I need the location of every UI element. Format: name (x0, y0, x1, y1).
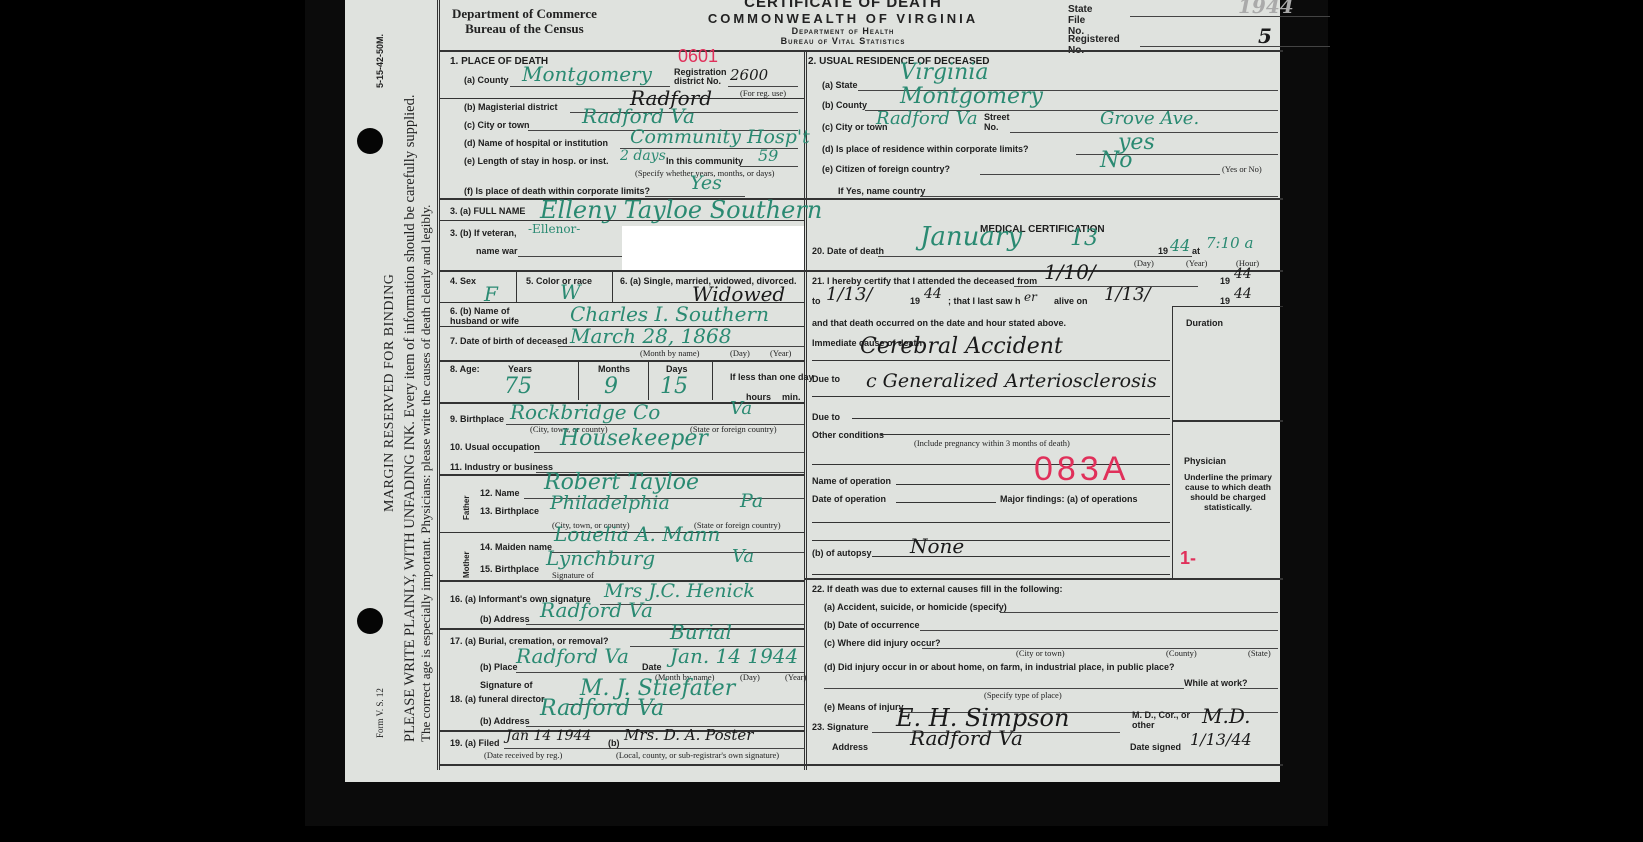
res-limits-label: (d) Is place of residence within corpora… (822, 144, 1029, 154)
spouse-label: 6. (b) Name of husband or wife (450, 306, 540, 326)
autopsy-value: None (910, 534, 964, 558)
department-title: Department of Health (678, 26, 1008, 36)
mother-tag: Mother (462, 551, 471, 578)
city-label: (c) City or town (464, 120, 530, 130)
mother-bp-label: 15. Birthplace (480, 564, 539, 574)
external-heading: 22. If death was due to external causes … (812, 584, 1063, 594)
burial-place-label: (b) Place (480, 662, 518, 672)
external-c-label: (c) Where did injury occur? (824, 638, 941, 648)
instruction-line-1: PLEASE WRITE PLAINLY, WITH UNFADING INK.… (402, 95, 419, 742)
instruction-line-2: The correct age is especially important.… (418, 205, 434, 742)
birthplace-city: Rockbridge Co (510, 400, 660, 424)
burial-date-label: Date (642, 662, 662, 672)
operation-label: Name of operation (812, 476, 891, 486)
registered-value: 5 (1258, 24, 1272, 48)
physician-title: M.D. (1202, 704, 1251, 728)
due-to-cause-1: c Generalized Arteriosclerosis (866, 370, 1157, 392)
alive-year-prefix: 19 (1220, 296, 1230, 306)
father-tag: Father (462, 496, 471, 520)
burial-day-hint: (Day) (740, 672, 760, 682)
physician-address: Radford Va (910, 726, 1023, 750)
binding-note: MARGIN RESERVED FOR BINDING (382, 274, 398, 512)
filed-hint: (Date received by reg.) (484, 750, 562, 760)
magisterial-label: (b) Magisterial district (464, 102, 558, 112)
dept-line: Department of Commerce (452, 6, 597, 21)
redaction-box (622, 226, 804, 270)
external-d-label: (d) Did injury occur in or about home, o… (824, 662, 1175, 672)
dob-day-hint: (Day) (730, 348, 750, 358)
mother-bp-state: Va (732, 546, 754, 567)
min-label: min. (782, 392, 801, 402)
funeral-addr-label: (b) Address (480, 716, 530, 726)
veteran-label: 3. (b) If veteran, (450, 228, 517, 238)
attended-from-year: 44 (1234, 266, 1252, 282)
date-signed-label: Date signed (1130, 742, 1181, 752)
informant-address: Radford Va (540, 598, 653, 622)
filed-date: Jan 14 1944 (506, 728, 591, 744)
to-year-prefix: 19 (910, 296, 920, 306)
sex-label: 4. Sex (450, 276, 476, 286)
attended-from: 1/10/ (1044, 260, 1096, 284)
res-state: Virginia (900, 60, 989, 85)
stay-label: (e) Length of stay in hosp. or inst. (464, 156, 609, 166)
findings-label: Major findings: (a) of operations (1000, 494, 1138, 504)
burial-year-hint: (Year) (785, 672, 806, 682)
state-title: COMMONWEALTH OF VIRGINIA (678, 11, 1008, 26)
less-day-label: If less than one day (730, 372, 814, 382)
form-body: Department of Commerce Bureau of the Cen… (437, 0, 1283, 770)
corporate-label: (f) Is place of death within corporate l… (464, 186, 650, 196)
occupation-value: Housekeeper (560, 426, 708, 451)
father-bp-city: Philadelphia (550, 492, 670, 514)
dod-year-prefix: 19 (1158, 246, 1168, 256)
place-hint: (Specify type of place) (984, 690, 1062, 700)
months-label: Months (598, 364, 630, 374)
last-saw-label: ; that I last saw h (948, 296, 1021, 306)
reg-district-label: Registration district No. (674, 68, 734, 86)
dod-time: 7:10 a (1206, 234, 1253, 252)
country-label: If Yes, name country (838, 186, 925, 196)
external-a-label: (a) Accident, suicide, or homicide (spec… (824, 602, 1007, 612)
registrar-label: (b) (608, 738, 620, 748)
dod-day: 13 (1070, 226, 1098, 251)
district-stamp: 0601 (678, 46, 718, 67)
bureau-line: Bureau of the Census (452, 21, 597, 36)
res-city: Radford Va (876, 108, 978, 129)
physician-note: Underline the primary cause to which dea… (1176, 472, 1280, 512)
community-label: In this community (666, 156, 743, 166)
hospital-stay: 2 days (620, 148, 666, 164)
alive-label: alive on (1054, 296, 1088, 306)
form-code: 5-15-42-50M. (375, 34, 385, 88)
industry-label: 11. Industry or business (450, 462, 553, 472)
registered-label: Registered No. (1068, 34, 1120, 56)
father-bp-state: Pa (740, 490, 763, 512)
yes-no-hint: (Yes or No) (1222, 164, 1262, 174)
dob-value: March 28, 1868 (570, 324, 731, 348)
autopsy-label: (b) of autopsy (812, 548, 872, 558)
years-label: Years (508, 364, 532, 374)
days-label: Days (666, 364, 688, 374)
filed-label: 19. (a) Filed (450, 738, 500, 748)
external-city-hint: (City or town) (1016, 648, 1065, 658)
war-label: name war (476, 246, 518, 256)
signature-label: 23. Signature (812, 722, 869, 732)
mother-bp-city: Lynchburg (546, 546, 655, 570)
registrar-signature: Mrs. D. A. Poster (624, 726, 753, 744)
death-county: Montgomery (522, 62, 652, 86)
birthplace-state: Va (730, 398, 752, 419)
alive-on: 1/13/ (1104, 284, 1151, 305)
last-saw-pronoun: er (1024, 290, 1037, 304)
citizen-value: No (1100, 148, 1133, 173)
county-label: (a) County (464, 75, 509, 85)
at-label: at (1192, 246, 1200, 256)
punch-hole (357, 128, 383, 154)
death-corporate: Yes (690, 172, 722, 194)
state-file-label: State File No. (1068, 4, 1092, 37)
veteran-note: -Ellenor- (528, 222, 580, 236)
registrar-hint: (Local, county, or sub-registrar's own s… (616, 750, 779, 760)
certificate-title-block: CERTIFICATE OF DEATH COMMONWEALTH OF VIR… (678, 0, 1008, 46)
pregnancy-hint: (Include pregnancy within 3 months of de… (914, 438, 1070, 448)
due-to-label-1: Due to (812, 374, 840, 384)
due-to-label-2: Due to (812, 412, 840, 422)
binding-margin: 5-15-42-50M. MARGIN RESERVED FOR BINDING… (345, 0, 437, 782)
while-at-work-label: While at work? (1184, 678, 1248, 688)
spouse-name: Charles I. Southern (570, 302, 769, 326)
form-number: Form V. S. 12 (375, 688, 385, 738)
race-value: W (560, 280, 581, 304)
to-label: to (812, 296, 821, 306)
external-b-label: (b) Date of occurrence (824, 620, 920, 630)
mother-name-label: 14. Maiden name (480, 542, 552, 552)
dob-label: 7. Date of birth of deceased (450, 336, 568, 346)
census-header: Department of Commerce Bureau of the Cen… (452, 6, 597, 36)
res-county: Montgomery (900, 84, 1043, 109)
other-conditions-label: Other conditions (812, 430, 884, 440)
age-years: 75 (504, 374, 532, 399)
age-months: 9 (604, 374, 618, 399)
hospital-label: (d) Name of hospital or institution (464, 138, 608, 148)
res-street: Grove Ave. (1100, 108, 1199, 129)
burial-type: Burial (670, 620, 732, 644)
citizen-label: (e) Citizen of foreign country? (822, 164, 950, 174)
external-e-label: (e) Means of injury (824, 702, 904, 712)
reg-use-hint: (For reg. use) (740, 88, 786, 98)
father-name-label: 12. Name (480, 488, 520, 498)
res-county-label: (b) County (822, 100, 867, 110)
burial-date: Jan. 14 1944 (670, 644, 798, 668)
signature-of-label: Signature of (480, 680, 533, 690)
immediate-cause: Cerebral Accident (860, 334, 1063, 359)
hospital-name: Community Hosp't (630, 126, 810, 148)
informant-addr-label: (b) Address (480, 614, 530, 624)
full-name-label: 3. (a) FULL NAME (450, 206, 525, 216)
father-bp-label: 13. Birthplace (480, 506, 539, 516)
dod-month: January (920, 222, 1022, 252)
attended-to: 1/13/ (826, 284, 873, 305)
title-label: M. D., Cor., or other (1132, 710, 1192, 730)
birthplace-label: 9. Birthplace (450, 414, 504, 424)
alive-year: 44 (1234, 286, 1252, 302)
certificate-title: CERTIFICATE OF DEATH (678, 0, 1008, 11)
age-days: 15 (660, 374, 688, 399)
physician-label: Physician (1184, 456, 1226, 466)
burial-place: Radford Va (516, 644, 629, 668)
date-signed: 1/13/44 (1190, 730, 1252, 749)
occupation-label: 10. Usual occupation (450, 442, 540, 452)
death-city: Radford Va (582, 104, 695, 128)
bureau-title: Bureau of Vital Statistics (678, 36, 1008, 46)
duration-label: Duration (1186, 318, 1223, 328)
punch-hole (357, 608, 383, 634)
op-date-label: Date of operation (812, 494, 886, 504)
from-year-prefix: 19 (1220, 276, 1230, 286)
day-hint: (Day) (1134, 258, 1154, 268)
year-hint: (Year) (1186, 258, 1207, 268)
stated-label: and that death occurred on the date and … (812, 318, 1066, 328)
death-certificate: 5-15-42-50M. MARGIN RESERVED FOR BINDING… (345, 0, 1280, 782)
age-label: 8. Age: (450, 364, 480, 374)
dob-month-hint: (Month by name) (640, 348, 700, 358)
street-label: Street No. (984, 112, 1014, 132)
address-label: Address (832, 742, 868, 752)
res-state-label: (a) State (822, 80, 858, 90)
community-stay: 59 (758, 146, 778, 165)
dod-label: 20. Date of death (812, 246, 884, 256)
mother-city-hint: Signature of (552, 570, 594, 580)
funeral-address: Radford Va (540, 696, 664, 721)
dod-year: 44 (1170, 236, 1190, 255)
reg-district-value: 2600 (730, 66, 768, 84)
external-state-hint: (State) (1248, 648, 1271, 658)
state-file-value: 1944 (1238, 0, 1294, 18)
dob-year-hint: (Year) (770, 348, 791, 358)
red-mark: 1- (1180, 548, 1196, 569)
attended-to-year: 44 (924, 286, 942, 302)
funeral-director-label: 18. (a) funeral director (450, 694, 545, 704)
external-county-hint: (County) (1166, 648, 1197, 658)
mother-maiden-name: Louelia A. Mann (554, 522, 720, 546)
